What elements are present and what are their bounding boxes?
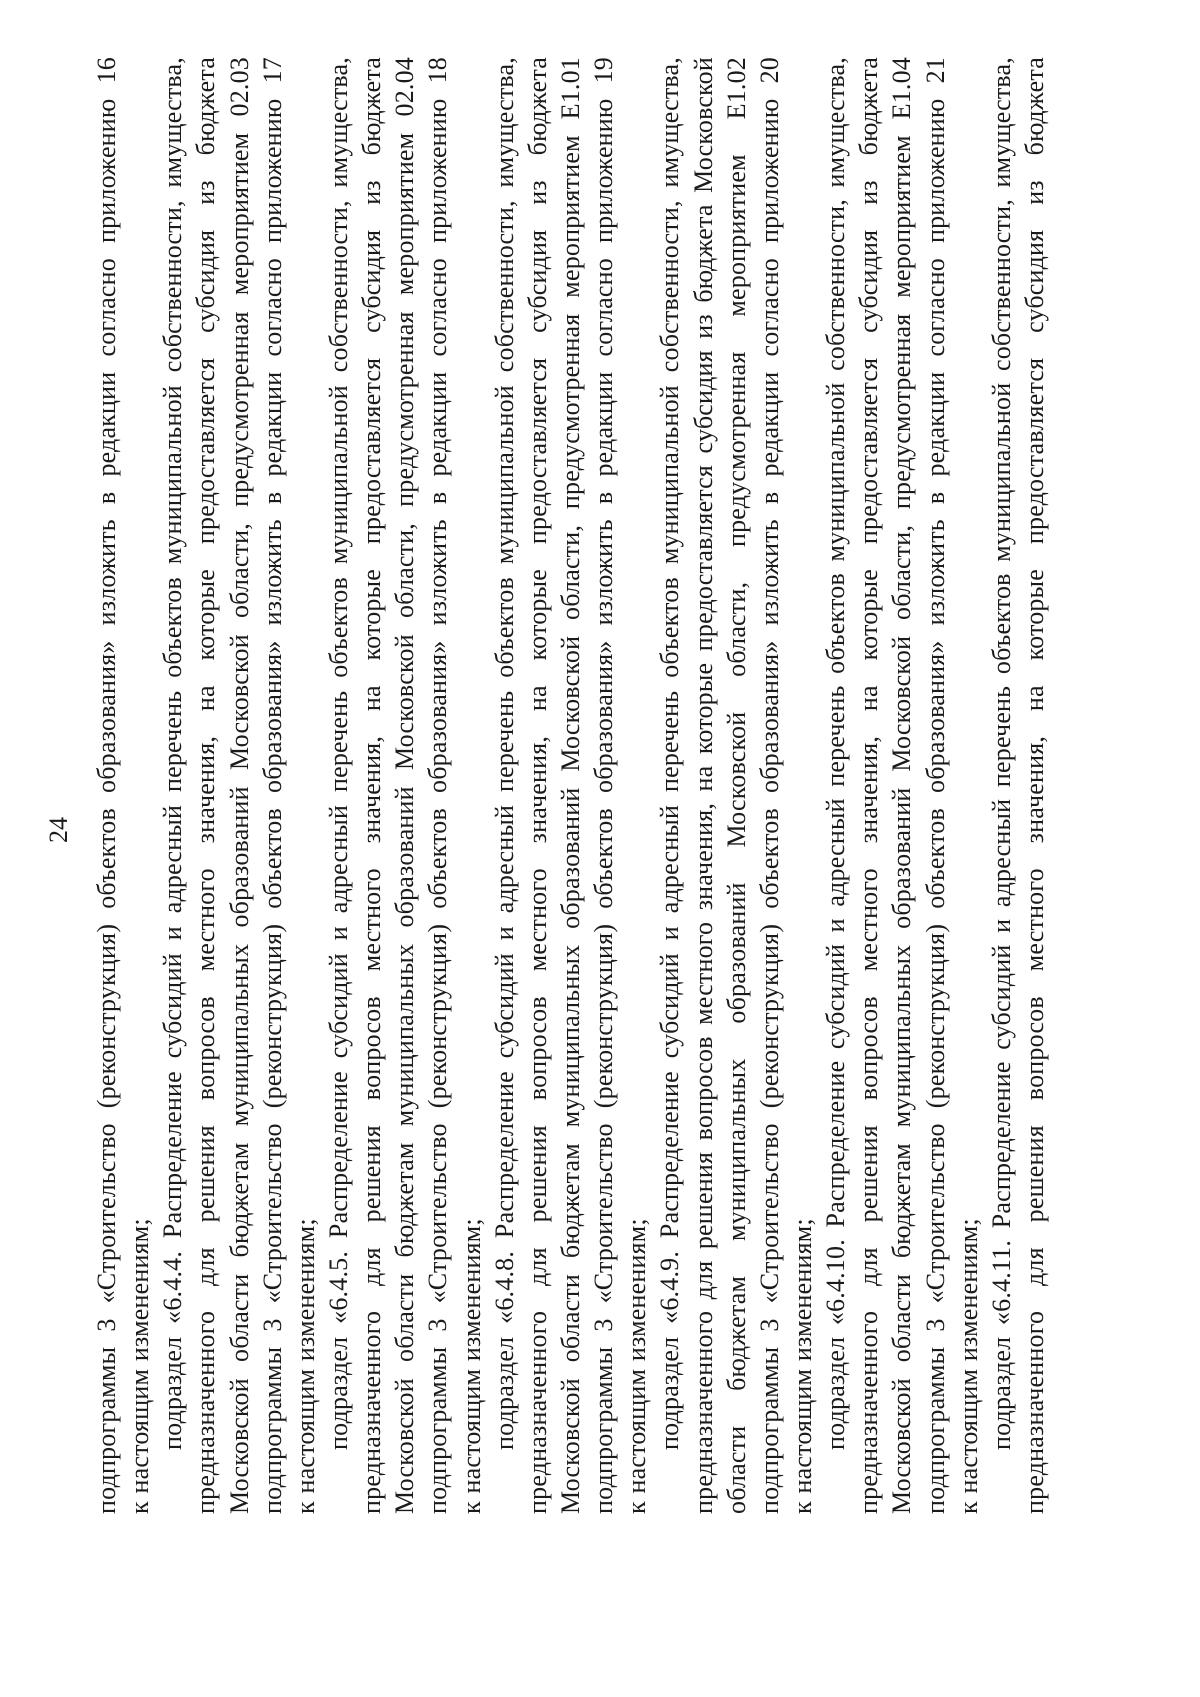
text-line: к настоящим изменениям; — [952, 57, 985, 1514]
text-line: подпрограммы 3 «Строительство (реконстру… — [256, 57, 289, 1514]
text-line: подраздел «6.4.4. Распределение субсидий… — [156, 57, 189, 1514]
text-line: подпрограммы 3 «Строительство (реконстру… — [90, 57, 123, 1514]
text-line: Московской области бюджетам муниципальны… — [223, 57, 256, 1514]
text-line: Московской области бюджетам муниципальны… — [388, 57, 421, 1514]
text-line: подпрограммы 3 «Строительство (реконстру… — [753, 57, 786, 1514]
text-line: подраздел «6.4.5. Распределение субсидий… — [322, 57, 355, 1514]
text-line: предназначенного для решения вопросов ме… — [521, 57, 554, 1514]
text-line: предназначенного для решения вопросов ме… — [189, 57, 222, 1514]
text-line: Московской области бюджетам муниципальны… — [554, 57, 587, 1514]
text-line: к настоящим изменениям; — [123, 57, 156, 1514]
text-line: к настоящим изменениям; — [455, 57, 488, 1514]
text-line: предназначенного для решения вопросов ме… — [1018, 57, 1051, 1514]
document-page: 24 подпрограммы 3 «Строительство (реконс… — [0, 0, 1200, 1697]
document-text: подпрограммы 3 «Строительство (реконстру… — [90, 57, 1051, 1514]
text-line: к настоящим изменениям; — [786, 57, 819, 1514]
text-line: подраздел «6.4.11. Распределение субсиди… — [985, 57, 1018, 1514]
text-line: подраздел «6.4.10. Распределение субсиди… — [819, 57, 852, 1514]
paragraph: подраздел «6.4.10. Распределение субсиди… — [819, 57, 985, 1514]
paragraph: подраздел «6.4.9. Распределение субсидий… — [653, 57, 819, 1514]
paragraph: подпрограммы 3 «Строительство (реконстру… — [90, 57, 156, 1514]
text-line: подраздел «6.4.8. Распределение субсидий… — [488, 57, 521, 1514]
text-line: Московской области бюджетам муниципальны… — [885, 57, 918, 1514]
paragraph: подраздел «6.4.8. Распределение субсидий… — [488, 57, 654, 1514]
text-line: предназначенного для решения вопросов ме… — [852, 57, 885, 1514]
text-line: подпрограммы 3 «Строительство (реконстру… — [421, 57, 454, 1514]
text-line: подпрограммы 3 «Строительство (реконстру… — [919, 57, 952, 1514]
paragraph: подраздел «6.4.4. Распределение субсидий… — [156, 57, 322, 1514]
text-line: предназначенного для решения вопросов ме… — [355, 57, 388, 1514]
text-line: области бюджетам муниципальных образован… — [720, 57, 753, 1514]
text-line: предназначенного для решения вопросов ме… — [687, 57, 720, 1514]
text-line: подраздел «6.4.9. Распределение субсидий… — [653, 57, 686, 1514]
paragraph: подраздел «6.4.11. Распределение субсиди… — [985, 57, 1051, 1514]
paragraph: подраздел «6.4.5. Распределение субсидий… — [322, 57, 488, 1514]
text-line: к настоящим изменениям; — [289, 57, 322, 1514]
text-line: подпрограммы 3 «Строительство (реконстру… — [587, 57, 620, 1514]
text-line: к настоящим изменениям; — [620, 57, 653, 1514]
page-number: 24 — [44, 817, 74, 843]
